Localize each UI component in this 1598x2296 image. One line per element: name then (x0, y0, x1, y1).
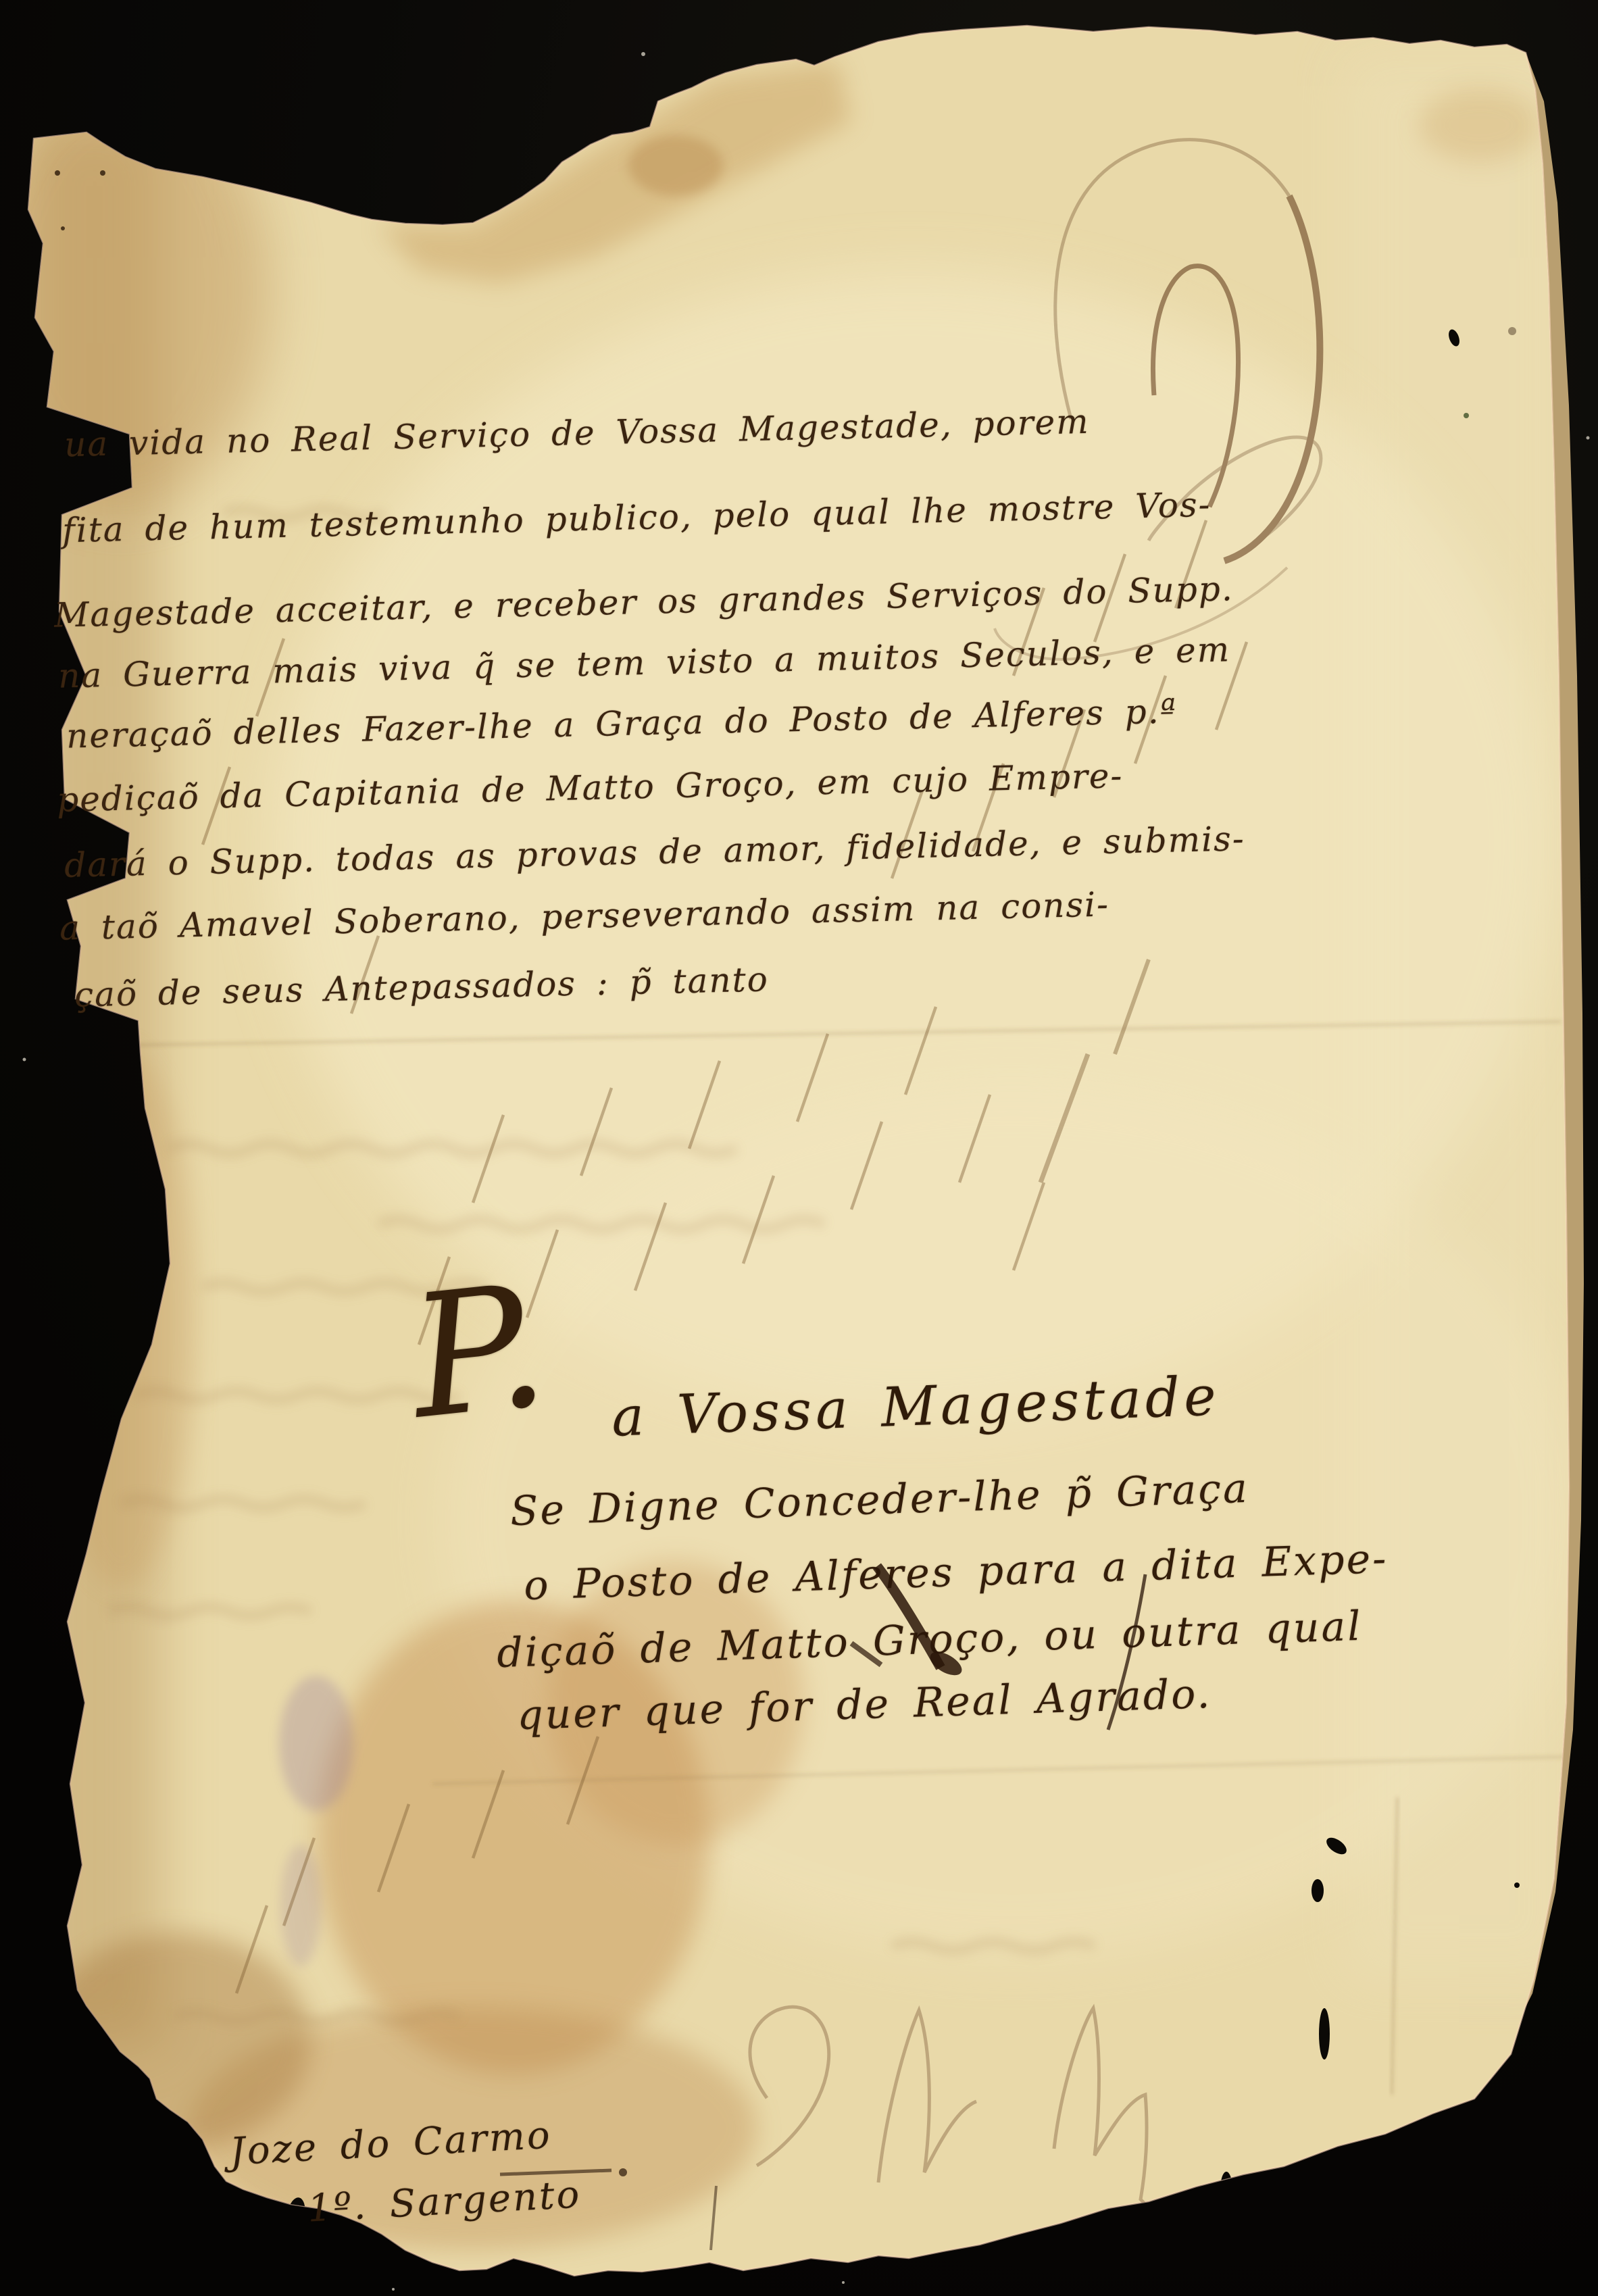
manuscript-line: çaõ de seus Antepassados : p̃ tanto (74, 959, 769, 1014)
petition-initial: P. (402, 1247, 555, 1456)
signature-name: Joze do Carmo (229, 2114, 553, 2174)
manuscript-line: dará o Supp. todas as provas de amor, fi… (64, 819, 1246, 885)
petition-line: o Posto de Alferes para a dita Expe- (523, 1535, 1389, 1609)
manuscript-line: na Guerra mais viva q̃ se tem visto a mu… (58, 630, 1231, 695)
petition-line: Se Digne Conceder-lhe p̃ Graça (509, 1465, 1250, 1535)
petition-line: quer que for de Real Agrado. (516, 1670, 1212, 1739)
manuscript-line: pediçaõ da Capitania de Matto Groço, em … (57, 756, 1124, 820)
signature-rank: 1º. Sargento (307, 2172, 582, 2230)
manuscript-line: a taõ Amavel Soberano, perseverando assi… (59, 884, 1110, 947)
petition-line: diçaõ de Matto Groço, ou outra qual (496, 1603, 1363, 1677)
manuscript-text-layer: ua vida no Real Serviço de Vossa Magesta… (0, 0, 1598, 2296)
manuscript-line: neraçaõ delles Fazer-lhe a Graça do Post… (66, 691, 1178, 755)
manuscript-line: fita de hum testemunho publico, pelo qua… (62, 485, 1212, 551)
photo-of-manuscript: ua vida no Real Serviço de Vossa Magesta… (0, 0, 1598, 2296)
petition-line: a Vossa Magestade (611, 1364, 1221, 1448)
manuscript-line: Magestade acceitar, e receber os grandes… (54, 569, 1234, 635)
manuscript-line: ua vida no Real Serviço de Vossa Magesta… (64, 402, 1091, 464)
